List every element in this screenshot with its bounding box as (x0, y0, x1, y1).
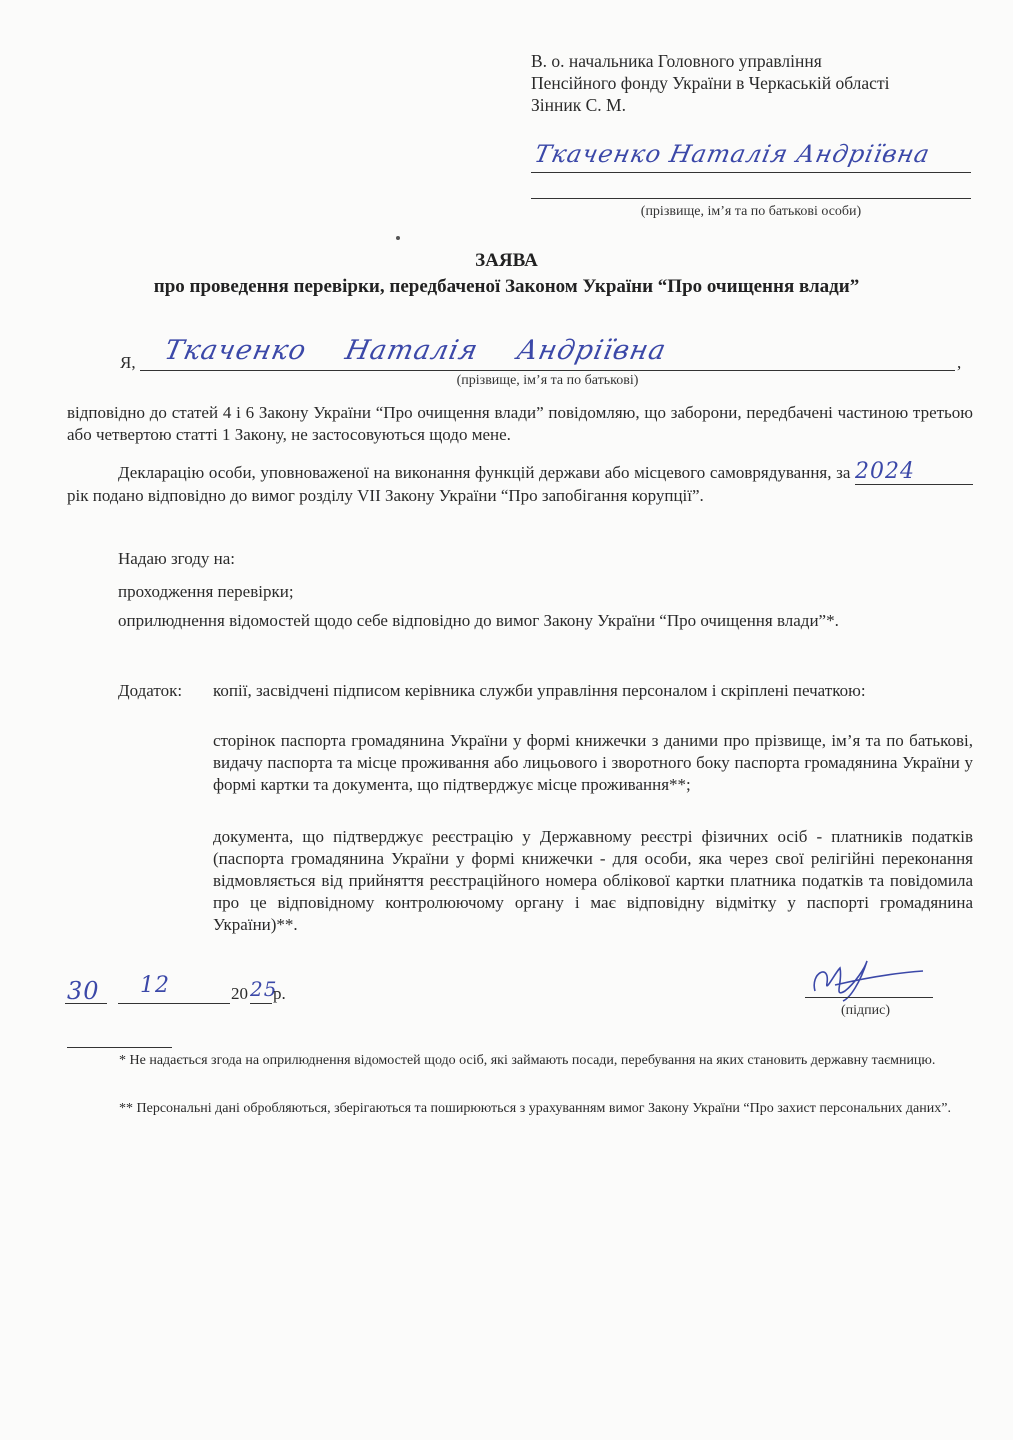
signature-caption: (підпис) (841, 1003, 890, 1019)
declarant-prefix: Я, (120, 352, 136, 374)
declarant-name-underline (140, 370, 955, 371)
paragraph-declaration: Декларацію особи, уповноваженої на викон… (67, 462, 973, 507)
consent-intro: Надаю згоду на: (118, 548, 235, 570)
declaration-year-field: 2024 (855, 462, 973, 485)
declarant-caption: (прізвище, ім’я та по батькові) (140, 373, 955, 389)
attachment-item-tax-registration: документа, що підтверджує реєстрацію у Д… (213, 826, 973, 936)
declaration-text-after: рік подано відповідно до вимог розділу V… (67, 486, 704, 505)
footnote-1: * Не надається згода на оприлюднення від… (67, 1050, 977, 1072)
document-title: ЗАЯВА (0, 250, 1013, 272)
addressee-block: В. о. начальника Головного управління Пе… (531, 50, 889, 116)
scan-speck (396, 236, 400, 240)
date-day-underline (65, 1003, 107, 1004)
declaration-text-before: Декларацію особи, уповноваженої на викон… (118, 463, 850, 482)
applicant-name-underline-2 (531, 198, 971, 199)
consent-item-publication: оприлюднення відомостей щодо себе відпов… (67, 610, 973, 632)
date-day: 30 (67, 977, 100, 1005)
document-subtitle: про проведення перевірки, передбаченої З… (0, 276, 1013, 298)
declarant-suffix: , (957, 352, 961, 374)
declarant-name-handwritten: Ткаченко Наталія Андріївна (162, 335, 669, 366)
consent-item-verification: проходження перевірки; (118, 581, 294, 603)
date-year-suffix: р. (273, 983, 286, 1005)
applicant-caption: (прізвище, ім’я та по батькові особи) (531, 204, 971, 220)
addressee-line-1: В. о. начальника Головного управління (531, 50, 889, 72)
date-month-underline (118, 1003, 230, 1004)
attachment-intro: копії, засвідчені підписом керівника слу… (213, 680, 973, 702)
date-year-underline (250, 1003, 272, 1004)
signature-block: (підпис) (805, 953, 935, 1023)
footnote-2: ** Персональні дані обробляються, зберіг… (67, 1098, 977, 1120)
signature-underline (805, 997, 933, 998)
paragraph-statement: відповідно до статей 4 і 6 Закону Україн… (67, 402, 973, 446)
declaration-year-handwritten: 2024 (855, 459, 915, 484)
attachment-item-passport: сторінок паспорта громадянина України у … (213, 730, 973, 796)
date-year-prefix: 20 (231, 983, 248, 1005)
signature-mark-icon (805, 953, 935, 1003)
addressee-line-2: Пенсійного фонду України в Черкаській об… (531, 72, 889, 94)
attachment-label: Додаток: (118, 680, 182, 702)
applicant-name-underline (531, 172, 971, 173)
applicant-name-handwritten: Ткаченко Наталія Андріївна (532, 140, 933, 168)
footnote-separator (67, 1047, 172, 1048)
addressee-line-3: Зінник С. М. (531, 94, 889, 116)
date-month: 12 (140, 973, 170, 998)
